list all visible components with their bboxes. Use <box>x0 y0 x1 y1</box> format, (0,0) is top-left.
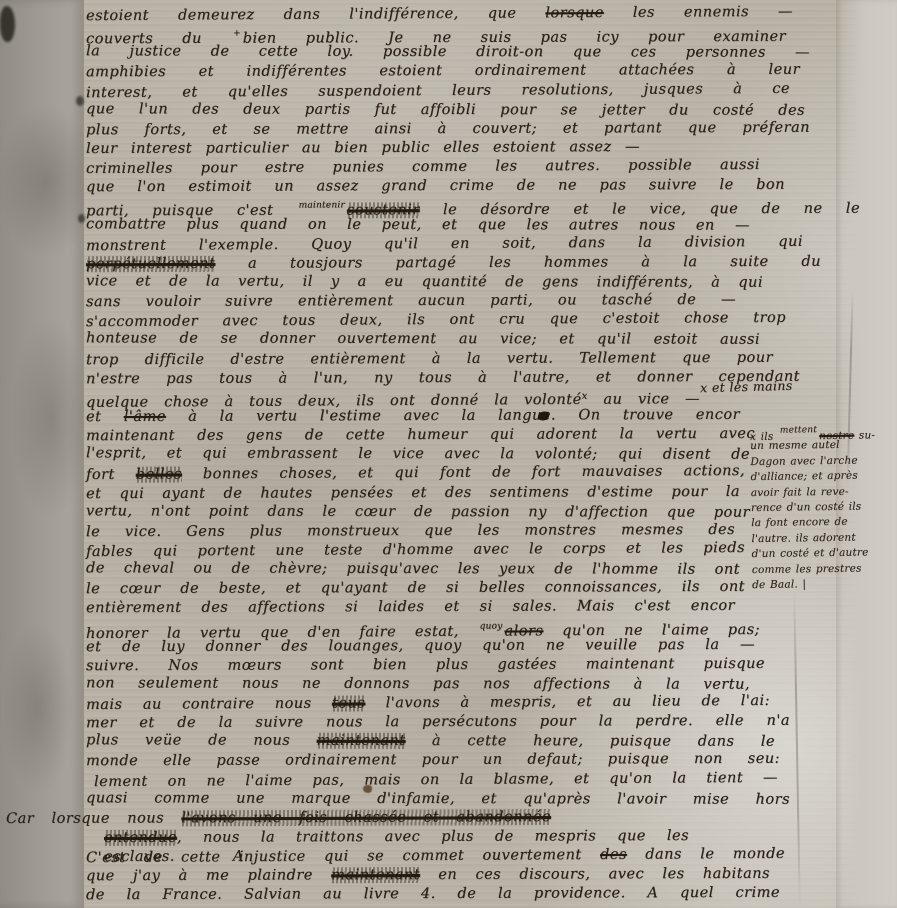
handwritten-text: et de luy donner des louanges, quoy qu'o… <box>86 636 755 654</box>
handwritten-text: quoy <box>480 621 503 631</box>
handwritten-text: suivre. Nos mœurs sont bien plus gastées… <box>86 656 765 674</box>
manuscript-line: de cheval ou de chèvre; puisqu'avec les … <box>86 559 740 580</box>
manuscript-line: plus forts, et se mettre ainsi à couvert… <box>86 119 810 141</box>
handwritten-text: n'estre pas tous à l'un, ny tous à l'aut… <box>86 368 800 386</box>
manuscript-line: de la France. Salvian au livre 4. de la … <box>86 884 780 906</box>
handwritten-text: la justice de cette loy. possible diroit… <box>86 44 810 62</box>
struck-text: lorsque <box>545 5 604 21</box>
handwritten-text: plus veüe de nous <box>86 733 317 749</box>
manuscript-line: combattre plus quand on le peut, et que … <box>86 215 750 236</box>
handwritten-text: a tousjours partagé les hommes à la suit… <box>215 254 821 272</box>
struck-text: maintenant <box>317 733 406 749</box>
handwritten-text: su- <box>854 429 875 441</box>
margin-note-line: de Baal. | <box>752 576 897 593</box>
handwritten-text: de la France. Salvian au livre 4. de la … <box>86 885 780 903</box>
handwritten-text: mer et de la suivre nous la persécutons … <box>86 713 790 731</box>
manuscript-line: quasi comme une marque d'infamie, et qu'… <box>86 789 790 810</box>
handwritten-text: Dagon avec l'arche <box>750 454 858 467</box>
manuscript-line: leur interest particulier au bien public… <box>86 138 640 159</box>
handwritten-text: que l'un des deux partis fut affoibli po… <box>86 101 805 119</box>
manuscript-line: la justice de cette loy. possible diroit… <box>86 43 810 64</box>
handwritten-text: le vice. Gens plus monstrueux que les mo… <box>86 522 735 540</box>
handwritten-text: C'est de cette injustice qui se commet o… <box>86 847 600 866</box>
handwritten-text: plus forts, et se mettre ainsi à couvert… <box>86 120 810 139</box>
manuscript-line: trop difficile d'estre entièrement à la … <box>86 348 773 370</box>
handwritten-text: criminelles pour estre punies comme les … <box>86 157 760 177</box>
margin-addition: x et les mains <box>700 378 793 395</box>
handwritten-text: d'un costé et d'autre <box>752 547 869 561</box>
struck-text: entendue <box>104 830 177 846</box>
handwritten-text: leur interest particulier au bien public… <box>86 139 640 157</box>
handwritten-text: monde elle passe ordinairement pour un d… <box>86 751 780 769</box>
manuscript-line: mer et de la suivre nous la persécutons … <box>86 712 790 734</box>
handwritten-text: rence d'un costé ils <box>751 500 862 514</box>
handwritten-text: un mesme autel <box>750 439 840 452</box>
binding-mark <box>0 6 15 42</box>
manuscript-line: perpétuellement a tousjours partagé les … <box>86 253 821 275</box>
struck-text: perpétuellement <box>86 256 215 272</box>
manuscript-line: entièrement des affections si laides et … <box>86 597 735 618</box>
handwritten-text: + <box>233 29 241 39</box>
handwritten-text: fort <box>86 467 136 483</box>
page-left-edge <box>0 0 84 908</box>
struck-text: des <box>600 847 627 863</box>
handwritten-text: monstrent l'exemple. Quoy qu'il en soit,… <box>86 233 803 253</box>
handwritten-text: maintenir <box>299 201 345 211</box>
handwritten-text: trop difficile d'estre entièrement à la … <box>86 349 773 367</box>
handwritten-text: à cette heure, puisque dans le <box>406 733 776 750</box>
edge-ink-mark <box>76 96 84 106</box>
manuscript-line: vice et de la vertu, il y a eu quantité … <box>86 272 763 293</box>
handwritten-text: quasi comme une marque d'infamie, et qu'… <box>86 790 790 807</box>
manuscript-line: lement on ne l'aime pas, mais on la blas… <box>94 769 778 792</box>
handwritten-text: interest, et qu'elles suspendoient leurs… <box>86 80 790 100</box>
manuscript-photo: estoient demeurez dans l'indifférence, q… <box>0 0 897 908</box>
handwritten-text: à la vertu l'estime avec la langue <box>166 407 551 424</box>
handwritten-text: sans vouloir suivre entièrement aucun pa… <box>86 292 736 310</box>
handwritten-text: honteuse de se donner ouvertement au vic… <box>86 331 760 348</box>
handwritten-text: maintenant des gens de cette humeur qui … <box>86 426 755 444</box>
handwritten-text: et qui ayant de hautes pensées et des se… <box>86 483 740 501</box>
right-margin-note: x ils mettentnostre su-un mesme autelDag… <box>750 422 897 593</box>
manuscript-line: suivre. Nos mœurs sont bien plus gastées… <box>86 655 765 677</box>
struck-text: l'avons une fois chassée et abandonnée <box>181 809 551 826</box>
edge-ink-mark <box>78 214 85 223</box>
handwritten-text: d'alliance; et après <box>750 470 857 483</box>
handwritten-text: le cœur de beste, et qu'ayant de si bell… <box>86 579 745 597</box>
handwritten-text: mettent <box>780 425 817 436</box>
handwritten-text: amphibies et indifférentes estoient ordi… <box>86 62 800 80</box>
handwritten-text: les ennemis — <box>604 4 793 21</box>
handwritten-text: s'accommoder avec tous deux, ils ont cru… <box>86 310 786 330</box>
handwritten-text: la font encore de <box>751 516 848 529</box>
handwritten-text: . On trouve encor <box>551 407 740 424</box>
margin-note-line: x ils mettentnostre su- <box>750 422 897 439</box>
handwritten-text: que j'ay à me plaindre <box>86 868 331 885</box>
handwritten-text: comme les prestres <box>752 562 862 576</box>
handwritten-text: de Baal. | <box>752 578 806 591</box>
handwritten-text: l'autre. ils adorent <box>751 531 856 544</box>
handwritten-text: en ces discours, avec les habitans <box>420 866 770 883</box>
manuscript-line: couverts du +bien public. Je ne suis pas… <box>86 23 786 45</box>
handwritten-text: l'esprit, et qui embrassent le vice avec… <box>86 446 750 463</box>
manuscript-line: et de luy donner des louanges, quoy qu'o… <box>86 635 755 656</box>
manuscript-line: maintenant des gens de cette humeur qui … <box>86 425 755 446</box>
handwritten-text: vertu, n'ont point dans le cœur de passi… <box>86 503 750 520</box>
handwritten-text: lement on ne l'aime pas, mais on la blas… <box>94 770 778 790</box>
handwritten-text: Car lorsque nous <box>6 810 181 827</box>
manuscript-text-block: estoient demeurez dans l'indifférence, q… <box>86 5 846 905</box>
handwritten-text: de cheval ou de chèvre; puisqu'avec les … <box>86 560 740 577</box>
manuscript-line: fort belles bonnes choses, et qui font d… <box>86 462 745 485</box>
handwritten-text: mais au contraire nous <box>86 696 332 714</box>
handwritten-text: vice et de la vertu, il y a eu quantité … <box>86 273 763 290</box>
struck-text: belles <box>136 467 182 483</box>
manuscript-line: que l'un des deux partis fut affoibli po… <box>86 100 805 121</box>
manuscript-line: honteuse de se donner ouvertement au vic… <box>86 330 760 351</box>
manuscript-line: parti, puisque c'est maintenirsoustenir … <box>86 195 860 217</box>
handwritten-text: que l'on estimoit un assez grand crime d… <box>86 177 785 195</box>
manuscript-line: interest, et qu'elles suspendoient leurs… <box>86 79 790 102</box>
manuscript-line: Car lorsque nous l'avons une fois chassé… <box>6 808 551 829</box>
handwritten-text: combattre plus quand on le peut, et que … <box>86 216 750 233</box>
handwritten-text: non seulement nous ne donnons pas nos af… <box>86 675 750 692</box>
handwritten-text: bonnes choses, et qui font de fort mauva… <box>182 463 745 482</box>
struck-text: l'âme <box>124 409 166 425</box>
struck-text: maintenant <box>331 867 420 883</box>
manuscript-line: vertu, n'ont point dans le cœur de passi… <box>86 502 750 523</box>
handwritten-text: fables qui portent une teste d'homme ave… <box>86 540 745 560</box>
manuscript-line: et l'âme à la vertu l'estime avec la lan… <box>86 406 740 427</box>
struck-text: tous <box>332 695 365 711</box>
handwritten-text: estoient demeurez dans l'indifférence, q… <box>86 5 545 24</box>
handwritten-text: entièrement des affections si laides et … <box>86 598 735 616</box>
handwritten-text: dans le monde <box>627 846 785 863</box>
manuscript-line: et qui ayant de hautes pensées et des se… <box>86 482 740 503</box>
handwritten-text: avoir fait la reve- <box>751 485 849 498</box>
ink-blot <box>538 411 549 420</box>
handwritten-text: et <box>86 409 124 425</box>
manuscript-line: plus veüe de nous maintenant à cette heu… <box>86 732 775 753</box>
handwritten-text: l'avons à mespris, et au lieu de l'ai: <box>365 693 770 711</box>
